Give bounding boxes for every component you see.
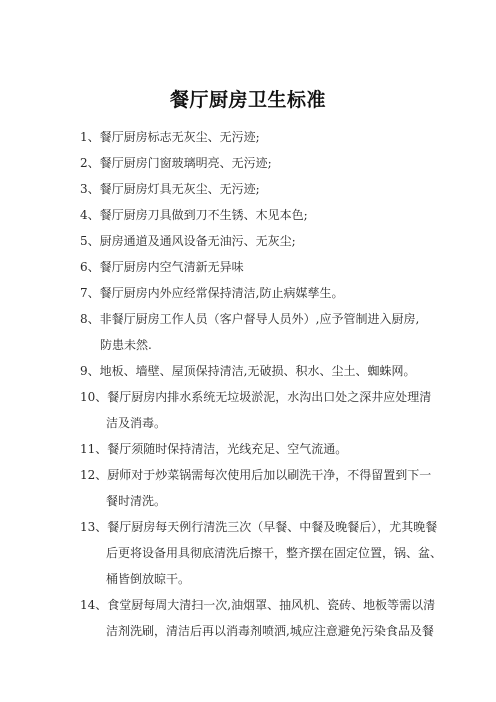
list-item: 3、餐厅厨房灯具无灰尘、无污迹; [80, 176, 430, 202]
list-item: 11、餐厅须随时保持清洁，光线充足、空气流通。 [80, 436, 430, 462]
list-item: 5、厨房通道及通风设备无油污、无灰尘; [80, 228, 430, 254]
list-item-continuation: 防患未然. [80, 332, 430, 358]
list-item-continuation: 餐时清洗。 [80, 488, 430, 514]
list-item-continuation: 洁剂洗刷，清洁后再以消毒剂喷洒,城应注意避免污染食品及餐 [80, 618, 430, 644]
list-item-continuation: 后更将设备用具彻底清洗后擦干，整齐摆在固定位置，锅、盆、 [80, 540, 430, 566]
list-item-continuation: 洁及消毒。 [80, 410, 430, 436]
document-page: 餐厅厨房卫生标准 1、餐厅厨房标志无灰尘、无污迹; 2、餐厅厨房门窗玻璃明亮、无… [0, 0, 496, 702]
list-item: 14、食堂厨每周大清扫一次,油烟罩、抽风机、瓷砖、地板等需以清 [80, 592, 430, 618]
list-item: 2、餐厅厨房门窗玻璃明亮、无污迹; [80, 150, 430, 176]
list-item: 12、厨师对于炒菜锅需每次使用后加以刷洗干净，不得留置到下一 [80, 462, 430, 488]
list-item: 6、餐厅厨房内空气清新无异味 [80, 254, 430, 280]
list-item-continuation: 桶皆倒放晾干。 [80, 566, 430, 592]
list-item: 8、非餐厅厨房工作人员（客户督导人员外）,应予管制进入厨房, [80, 306, 430, 332]
list-item: 1、餐厅厨房标志无灰尘、无污迹; [80, 124, 430, 150]
list-item: 9、地板、墙壁、屋顶保持清洁,无破损、积水、尘土、蜘蛛网。 [80, 358, 430, 384]
list-item: 13、餐厅厨房每天例行清洗三次（早餐、中餐及晚餐后），尤其晚餐 [80, 514, 430, 540]
list-item: 4、餐厅厨房刀具做到刀不生锈、木见本色; [80, 202, 430, 228]
list-item: 10、餐厅厨房内排水系统无垃圾淤泥，水沟出口处之深井应处理清 [80, 384, 430, 410]
document-title: 餐厅厨房卫生标准 [0, 88, 496, 112]
standards-list: 1、餐厅厨房标志无灰尘、无污迹; 2、餐厅厨房门窗玻璃明亮、无污迹; 3、餐厅厨… [80, 124, 430, 644]
list-item: 7、餐厅厨房内外应经常保持清洁,防止病媒孳生。 [80, 280, 430, 306]
